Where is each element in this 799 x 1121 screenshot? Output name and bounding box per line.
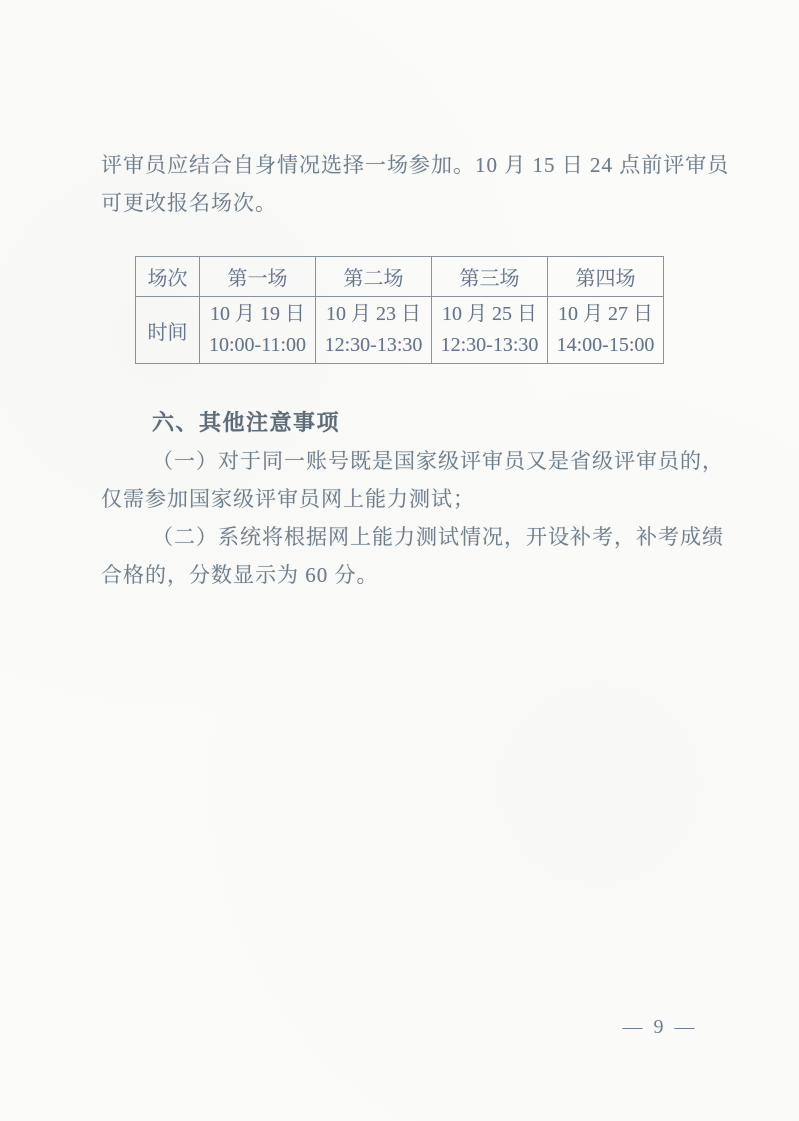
intro-paragraph: 评审员应结合自身情况选择一场参加。10 月 15 日 24 点前评审员 可更改报…: [101, 146, 723, 222]
table-cell-session-3: 10 月 25 日 12:30-13:30: [432, 297, 548, 364]
table-cell-session-1: 10 月 19 日 10:00-11:00: [200, 297, 316, 364]
page-number: — 9 —: [575, 1016, 745, 1039]
document-page: 评审员应结合自身情况选择一场参加。10 月 15 日 24 点前评审员 可更改报…: [0, 0, 799, 1121]
table-header-session-1: 第一场: [200, 257, 316, 297]
session-4-time: 14:00-15:00: [548, 330, 663, 361]
note-1-line-2: 仅需参加国家级评审员网上能力测试；: [101, 480, 723, 518]
session-1-date: 10 月 19 日: [200, 299, 315, 330]
session-3-date: 10 月 25 日: [432, 299, 547, 330]
table-row-header-time: 时间: [136, 297, 200, 364]
table-corner-cell: 场次: [136, 257, 200, 297]
session-4-date: 10 月 27 日: [548, 299, 663, 330]
schedule-table: 场次 第一场 第二场 第三场 第四场 时间 10 月 19 日 10:00-11…: [135, 256, 664, 364]
note-2-line-1: （二）系统将根据网上能力测试情况，开设补考，补考成绩: [101, 518, 723, 556]
table-header-session-2: 第二场: [316, 257, 432, 297]
section-heading: 六、其他注意事项: [101, 404, 723, 442]
table-cell-session-2: 10 月 23 日 12:30-13:30: [316, 297, 432, 364]
table-header-session-4: 第四场: [548, 257, 664, 297]
session-2-time: 12:30-13:30: [316, 330, 431, 361]
notes-section: 六、其他注意事项 （一）对于同一账号既是国家级评审员又是省级评审员的， 仅需参加…: [101, 404, 723, 594]
session-3-time: 12:30-13:30: [432, 330, 547, 361]
note-1-line-1: （一）对于同一账号既是国家级评审员又是省级评审员的，: [101, 442, 723, 480]
note-2-line-2: 合格的，分数显示为 60 分。: [101, 556, 723, 594]
table-cell-session-4: 10 月 27 日 14:00-15:00: [548, 297, 664, 364]
table-time-row: 时间 10 月 19 日 10:00-11:00 10 月 23 日 12:30…: [136, 297, 664, 364]
intro-line-1: 评审员应结合自身情况选择一场参加。10 月 15 日 24 点前评审员: [101, 146, 723, 184]
intro-line-2: 可更改报名场次。: [101, 184, 723, 222]
table-header-session-3: 第三场: [432, 257, 548, 297]
table-header-row: 场次 第一场 第二场 第三场 第四场: [136, 257, 664, 297]
session-2-date: 10 月 23 日: [316, 299, 431, 330]
session-1-time: 10:00-11:00: [200, 330, 315, 361]
